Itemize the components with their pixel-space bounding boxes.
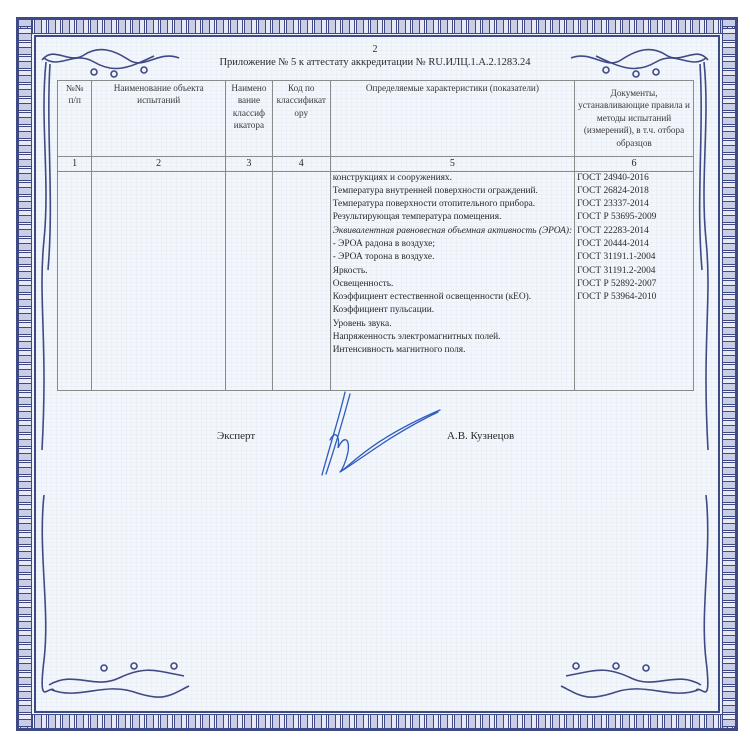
vine-ornament-bottom-right-icon [556,490,716,710]
header-number: №№ п/п [58,81,92,157]
characteristic-item: - ЭРОА торона в воздухе. [333,251,572,264]
characteristics-cell: конструкциях и сооружениях.Температура в… [330,171,574,390]
characteristics-list: конструкциях и сооружениях.Температура в… [333,172,572,358]
characteristic-item: Яркость. [333,265,572,278]
table-header-row: №№ п/п Наименование объекта испытаний На… [58,81,694,157]
greek-key-border-top [18,19,736,34]
documents-list: ГОСТ 24940-2016ГОСТ 26824-2018ГОСТ 23337… [577,172,691,305]
signatory-role: Эксперт [217,430,255,442]
standard-document-item: ГОСТ 31191.1-2004 [577,251,691,264]
greek-key-border-left [18,19,32,729]
characteristic-item: Температура внутренней поверхности ограж… [333,185,572,198]
greek-key-border-right [722,19,736,729]
signatory-name: А.В. Кузнецов [447,430,514,442]
standard-document-item: ГОСТ 24940-2016 [577,172,691,185]
characteristic-item: Коэффициент пульсации. [333,304,572,317]
standard-document-item: ГОСТ 20444-2014 [577,238,691,251]
table-row: конструкциях и сооружениях.Температура в… [58,171,694,390]
header-characteristics: Определяемые характеристики (показатели) [330,81,574,157]
column-number: 3 [226,157,273,172]
characteristic-item: Интенсивность магнитного поля. [333,344,572,357]
column-number: 4 [272,157,330,172]
annex-title: Приложение № 5 к аттестату аккредитации … [0,57,750,68]
column-number: 5 [330,157,574,172]
classifier-code-cell [272,171,330,390]
accreditation-scope-table: №№ п/п Наименование объекта испытаний На… [57,80,694,391]
header-documents: Документы, устанавливающие правила и мет… [575,81,694,157]
characteristic-item: Освещенность. [333,278,572,291]
column-number: 1 [58,157,92,172]
header-classifier-code: Код по классификат ору [272,81,330,157]
greek-key-border-bottom [18,714,736,729]
documents-cell: ГОСТ 24940-2016ГОСТ 26824-2018ГОСТ 23337… [575,171,694,390]
classifier-name-cell [226,171,273,390]
characteristic-item: Эквивалентная равновесная объемная актив… [333,225,572,238]
standard-document-item: ГОСТ 23337-2014 [577,198,691,211]
standard-document-item: ГОСТ Р 53964-2010 [577,291,691,304]
handwritten-signature-icon [310,390,450,480]
characteristic-item: конструкциях и сооружениях. [333,172,572,185]
standard-document-item: ГОСТ 31191.2-2004 [577,265,691,278]
standard-document-item: ГОСТ 26824-2018 [577,185,691,198]
standard-document-item: ГОСТ 22283-2014 [577,225,691,238]
test-object-cell [92,171,226,390]
header-test-object: Наименование объекта испытаний [92,81,226,157]
vine-ornament-bottom-left-icon [34,490,194,710]
characteristic-item: Напряженность электромагнитных полей. [333,331,572,344]
characteristic-item: Коэффициент естественной освещенности (к… [333,291,572,304]
characteristic-item: Результирующая температура помещения. [333,211,572,224]
column-number: 2 [92,157,226,172]
characteristic-item: Уровень звука. [333,318,572,331]
row-number-cell [58,171,92,390]
column-number-row: 1 2 3 4 5 6 [58,157,694,172]
standard-document-item: ГОСТ Р 53695-2009 [577,211,691,224]
column-number: 6 [575,157,694,172]
characteristic-item: Температура поверхности отопительного пр… [333,198,572,211]
characteristic-item: - ЭРОА радона в воздухе; [333,238,572,251]
page-number: 2 [0,44,750,55]
standard-document-item: ГОСТ Р 52892-2007 [577,278,691,291]
header-classifier-name: Наимено вание классиф икатора [226,81,273,157]
